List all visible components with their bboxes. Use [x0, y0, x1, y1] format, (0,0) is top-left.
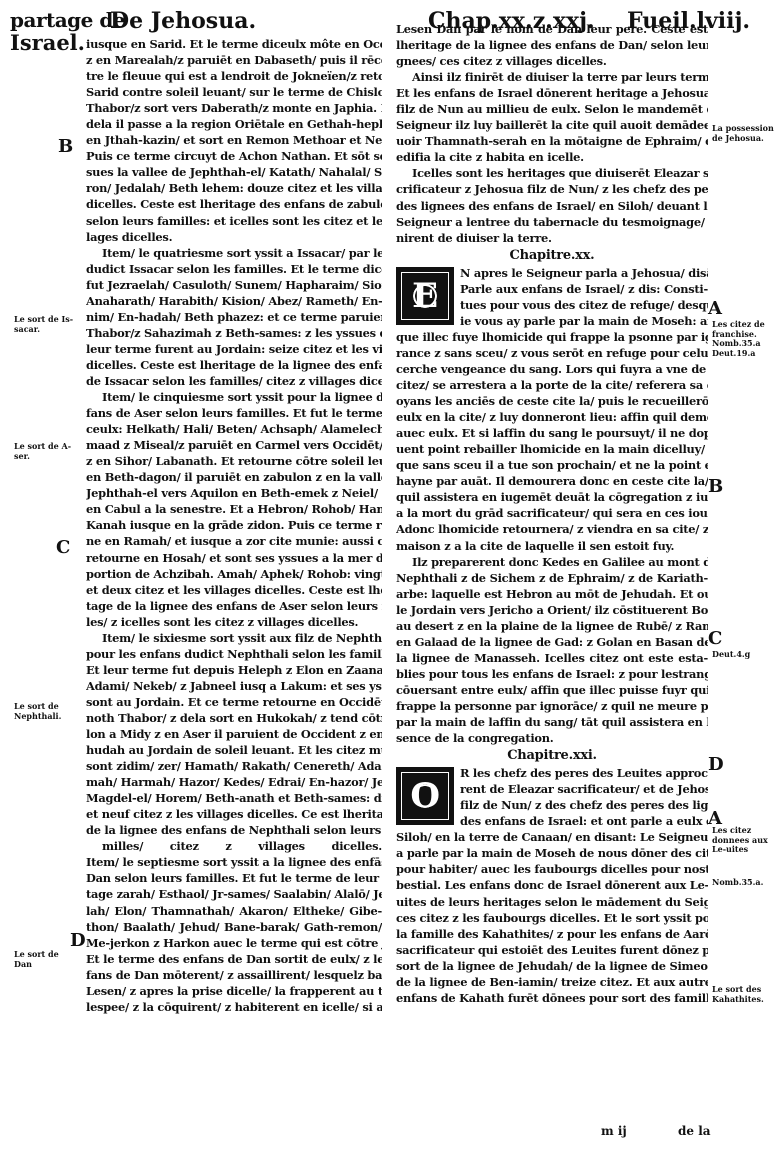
text-line: Dan selon leurs familles. Et fut le term…: [86, 870, 382, 886]
text-line: thon/ Baalath/ Jehud/ Bane-barak/ Gath-r…: [86, 919, 382, 935]
text-line: fut Jezraelah/ Casuloth/ Sunem/ Hapharai…: [86, 277, 382, 293]
chapter-21-heading: Chapitre.xxi.: [396, 748, 708, 764]
text-line: en Beth-dagon/ il paruiēt en zabulon z e…: [86, 469, 382, 485]
text-line: auec eulx. Et si laffin du sang le pours…: [396, 425, 708, 441]
text-line: lespee/ z la cōquirent/ z habiterent en …: [86, 999, 382, 1015]
margin-note-right: Les citez donnees aux Le-uites: [712, 826, 776, 855]
margin-note-right: Les citez de franchise. Nomb.35.a Deut.1…: [712, 320, 776, 358]
dropcap-lines: R les chefz des peres des Leuites approc…: [460, 765, 708, 829]
running-head-left: partage de: [10, 8, 125, 32]
text-line: et deux citez et les villages dicelles. …: [86, 582, 382, 598]
text-line: quil assistera en iugemēt deuāt la cōgre…: [396, 489, 708, 505]
text-line: z en Sihor/ Labanath. Et retourne cōtre …: [86, 453, 382, 469]
text-line: des enfans de Israel: et ont parle a eul…: [460, 813, 708, 829]
signature-mark: m ij: [601, 1124, 627, 1138]
text-line: pour les enfans dudict Nephthali selon l…: [86, 646, 382, 662]
text-line: gnees/ ces citez z villages dicelles.: [396, 53, 708, 69]
margin-note-right: Deut.4.g: [712, 650, 776, 660]
text-line: dicelles. Ceste est lheritage de la lign…: [86, 357, 382, 373]
text-line: fans de Dan mōterent/ z assaillirent/ le…: [86, 967, 382, 983]
text-line: dudict Issacar selon les familles. Et le…: [86, 261, 382, 277]
text-line: Item/ le septiesme sort yssit a la ligne…: [86, 854, 382, 870]
text-line: cōuersant entre eulx/ affin que illec pu…: [396, 682, 708, 698]
text-line: les/ z icelles sont les citez z villages…: [86, 614, 382, 630]
text-line: Item/ le quatriesme sort yssit a Issacar…: [86, 245, 382, 261]
text-line: oyans les anciēs de ceste cite la/ puis …: [396, 393, 708, 409]
text-line: Lesen Dan par le nom de Dan leur pere. C…: [396, 21, 708, 37]
book-title: De Jehosua.: [110, 8, 256, 34]
text-line: Seigneur ilz luy baillerēt la cite quil …: [396, 117, 708, 133]
text-line: et neuf citez z les villages dicelles. C…: [86, 806, 382, 822]
section-marker-letter: C: [708, 628, 722, 649]
text-line: frappe la personne par ignorāce/ z quil …: [396, 698, 708, 714]
text-line: nirent de diuiser la terre.: [396, 230, 708, 246]
text-line: enfans de Kahath furēt dōnees pour sort …: [396, 990, 708, 1006]
text-line: filz de Nun/ z des chefz des peres des l…: [460, 797, 708, 813]
text-line: fans de Aser selon leurs familles. Et fu…: [86, 405, 382, 421]
text-line: Kanah iusque en la grāde zidon. Puis ce …: [86, 517, 382, 533]
section-marker-letter: D: [708, 754, 724, 775]
text-line: blies pour tous les enfans de Israel: z …: [396, 666, 708, 682]
margin-note-left: Le sort de Is-sacar.: [14, 315, 78, 334]
text-line: en Galaad de la lignee de Gad: z Golan e…: [396, 634, 708, 650]
text-line: lon a Midy z en Aser il paruient de Occi…: [86, 726, 382, 742]
text-block-chapter-20: que illec fuye lhomicide qui frappe la p…: [396, 329, 708, 746]
text-line: Parle aux enfans de Israel/ z dis: Const…: [460, 281, 708, 297]
margin-note-right: Nomb.35.a.: [712, 878, 776, 888]
ornamental-dropcap-icon: O: [396, 767, 454, 825]
text-line: maad z Miseal/z paruiēt en Carmel vers O…: [86, 437, 382, 453]
margin-note-left: Le sort de Nephthali.: [14, 702, 78, 721]
text-line: Et le terme des enfans de Dan sortit de …: [86, 951, 382, 967]
text-line: Thabor/z sort vers Daberath/z monte en J…: [86, 100, 382, 116]
text-line: leur terme furent au Jordain: seize cite…: [86, 341, 382, 357]
text-line: R les chefz des peres des Leuites approc…: [460, 765, 708, 781]
text-line: Siloh/ en la terre de Canaan/ en disant:…: [396, 829, 708, 845]
text-line: Nephthali z de Sichem z de Ephraim/ z de…: [396, 570, 708, 586]
text-line: Seigneur a lentree du tabernacle du tesm…: [396, 214, 708, 230]
text-line: Me-jerkon z Harkon auec le terme qui est…: [86, 935, 382, 951]
text-line: Icelles sont les heritages que diuiserēt…: [396, 165, 708, 181]
text-line: sort de la lignee de Jehudah/ de la lign…: [396, 958, 708, 974]
text-line: Ainsi ilz finirēt de diuiser la terre pa…: [396, 69, 708, 85]
text-line: z en Marealah/z paruiēt en Dabaseth/ pui…: [86, 52, 382, 68]
chapter-20-opening: E N apres le Seigneur parla a Jehosua/ d…: [396, 265, 708, 329]
text-line: filz de Nun au millieu de eulx. Selon le…: [396, 101, 708, 117]
text-line: en Cabul a la senestre. Et a Hebron/ Roh…: [86, 501, 382, 517]
text-line: rance z sans sceu/ z vous serōt en refug…: [396, 345, 708, 361]
text-line: que illec fuye lhomicide qui frappe la p…: [396, 329, 708, 345]
text-line: Puis ce terme circuyt de Achon Nathan. E…: [86, 148, 382, 164]
text-line: N apres le Seigneur parla a Jehosua/ dis…: [460, 265, 708, 281]
text-block-end-chapter-19: Lesen Dan par le nom de Dan leur pere. C…: [396, 21, 708, 246]
text-line: sont zidim/ zer/ Hamath/ Rakath/ Ceneret…: [86, 758, 382, 774]
text-line: sacrificateur qui estoiēt des Leuites fu…: [396, 942, 708, 958]
text-line: ces citez z les faubourgs dicelles. Et l…: [396, 910, 708, 926]
text-line: ceulx: Helkath/ Hali/ Beten/ Achsaph/ Al…: [86, 421, 382, 437]
text-line: noth Thabor/ z dela sort en Hukokah/ z t…: [86, 710, 382, 726]
text-line: la famille des Kahathites/ z pour les en…: [396, 926, 708, 942]
text-line: des lignees des enfans de Israel/ en Sil…: [396, 198, 708, 214]
text-line: sont au Jordain. Et ce terme retourne en…: [86, 694, 382, 710]
text-line: mah/ Harmah/ Hazor/ Kedes/ Edrai/ En-haz…: [86, 774, 382, 790]
book-page: partage de Israel. De Jehosua. Chap.xx.z…: [0, 0, 784, 1152]
margin-note-left: Le sort de A-ser.: [14, 442, 78, 461]
text-line: tage zarah/ Esthaol/ Jr-sames/ Saalabin/…: [86, 886, 382, 902]
text-line: dela il passe a la region Oriētale en Ge…: [86, 116, 382, 132]
text-line: edifia la cite z habita en icelle.: [396, 149, 708, 165]
text-line: milles/ citez z villages dicelles.: [86, 838, 382, 854]
text-line: la lignee de Manasseh. Icelles citez ont…: [396, 650, 708, 666]
text-line: de Issacar selon les familles/ citez z v…: [86, 373, 382, 389]
chapter-21-opening: O R les chefz des peres des Leuites appr…: [396, 765, 708, 829]
right-text-column: Lesen Dan par le nom de Dan leur pere. C…: [396, 21, 708, 1006]
text-line: portion de Achzibah. Amah/ Aphek/ Rohob:…: [86, 566, 382, 582]
text-line: maison z a la cite de laquelle il sen es…: [396, 538, 708, 554]
text-line: arbe: laquelle est Hebron au mōt de Jehu…: [396, 586, 708, 602]
text-line: par la main de laffin du sang/ tāt quil …: [396, 714, 708, 730]
text-block-chapter-21: Siloh/ en la terre de Canaan/ en disant:…: [396, 829, 708, 1006]
section-marker-letter: B: [58, 136, 73, 157]
text-line: au desert z en la plaine de la lignee de…: [396, 618, 708, 634]
text-line: Jephthah-el vers Aquilon en Beth-emek z …: [86, 485, 382, 501]
ornamental-dropcap-icon: E: [396, 267, 454, 325]
text-line: eulx en la cite/ z luy donneront lieu: a…: [396, 409, 708, 425]
margin-note-right: Le sort des Kahathites.: [712, 985, 776, 1004]
text-line: bestial. Les enfans donc de Israel dōner…: [396, 877, 708, 893]
text-line: le Jordain vers Jericho a Orient/ ilz cō…: [396, 602, 708, 618]
text-line: tues pour vous des citez de refuge/ desq…: [460, 297, 708, 313]
section-marker-letter: C: [56, 537, 70, 558]
text-line: nim/ En-hadah/ Beth phazez: et ce terme …: [86, 309, 382, 325]
text-line: Et les enfans de Israel dōnerent heritag…: [396, 85, 708, 101]
text-line: sence de la congregation.: [396, 730, 708, 746]
text-line: Adonc lhomicide retournera/ z viendra en…: [396, 521, 708, 537]
text-line: ron/ Jedalah/ Beth lehem: douze citez et…: [86, 180, 382, 196]
text-line: lages dicelles.: [86, 229, 382, 245]
chapter-20-heading: Chapitre.xx.: [396, 248, 708, 264]
catchword: de la: [678, 1124, 711, 1138]
text-line: hayne par auāt. Il demourera donc en ces…: [396, 473, 708, 489]
text-line: hudah au Jordain de soleil leuant. Et le…: [86, 742, 382, 758]
text-line: rent de Eleazar sacrificateur/ et de Jeh…: [460, 781, 708, 797]
text-line: Item/ le sixiesme sort yssit aux filz de…: [86, 630, 382, 646]
text-line: de la lignee des enfans de Nephthali sel…: [86, 822, 382, 838]
text-line: en Jthah-kazin/ et sort en Remon Methoar…: [86, 132, 382, 148]
text-line: Magdel-el/ Horem/ Beth-anath et Beth-sam…: [86, 790, 382, 806]
text-line: lah/ Elon/ Thamnathah/ Akaron/ Eltheke/ …: [86, 903, 382, 919]
text-line: uent point rebailler lhomicide en la mai…: [396, 441, 708, 457]
text-line: Lesen/ z apres la prise dicelle/ la frap…: [86, 983, 382, 999]
text-line: Ilz preparerent donc Kedes en Galilee au…: [396, 554, 708, 570]
text-line: selon leurs familles: et icelles sont le…: [86, 213, 382, 229]
text-line: ie vous ay parle par la main de Moseh: a…: [460, 313, 708, 329]
dropcap-letter: E: [398, 269, 452, 323]
margin-note-left: Le sort de Dan: [14, 950, 78, 969]
text-line: citez/ se arrestera a la porte de la cit…: [396, 377, 708, 393]
text-line: retourne en Hosah/ et sont ses yssues a …: [86, 550, 382, 566]
text-line: iusque en Sarid. Et le terme diceulx môt…: [86, 36, 382, 52]
text-line: Item/ le cinquiesme sort yssit pour la l…: [86, 389, 382, 405]
text-line: ne en Ramah/ et iusque a zor cite munie:…: [86, 533, 382, 549]
section-marker-letter: B: [708, 476, 723, 497]
text-line: que sans sceu il a tue son prochain/ et …: [396, 457, 708, 473]
text-line: sues la vallee de Jephthah-el/ Katath/ N…: [86, 164, 382, 180]
dropcap-lines: N apres le Seigneur parla a Jehosua/ dis…: [460, 265, 708, 329]
text-line: Et leur terme fut depuis Heleph z Elon e…: [86, 662, 382, 678]
text-line: tre le fleuue qui est a lendroit de Jokn…: [86, 68, 382, 84]
text-line: uites de leurs heritages selon le mādeme…: [396, 894, 708, 910]
margin-note-right: La possession de Jehosua.: [712, 124, 776, 143]
section-marker-letter: D: [70, 930, 86, 951]
text-line: Sarid contre soleil leuant/ sur le terme…: [86, 84, 382, 100]
text-line: tage de la lignee des enfans de Aser sel…: [86, 598, 382, 614]
dropcap-letter: O: [398, 769, 452, 823]
text-line: Anaharath/ Harabith/ Kision/ Abez/ Ramet…: [86, 293, 382, 309]
running-head-left-line2: Israel.: [10, 30, 85, 55]
left-text-column: iusque en Sarid. Et le terme diceulx môt…: [86, 36, 382, 1015]
text-line: de la lignee de Ben-iamin/ treize citez.…: [396, 974, 708, 990]
text-line: Thabor/z Sahazimah z Beth-sames: z les y…: [86, 325, 382, 341]
text-line: a la mort du grād sacrificateur/ qui ser…: [396, 505, 708, 521]
section-marker-letter: A: [708, 298, 722, 319]
section-marker-letter: A: [708, 808, 722, 829]
text-line: uoir Thamnath-serah en la mōtaigne de Ep…: [396, 133, 708, 149]
text-line: dicelles. Ceste est lheritage des enfans…: [86, 196, 382, 212]
text-line: Adami/ Nekeb/ z Jabneel iusq a Lakum: et…: [86, 678, 382, 694]
text-line: pour habiter/ auec les faubourgs dicelle…: [396, 861, 708, 877]
text-line: lheritage de la lignee des enfans de Dan…: [396, 37, 708, 53]
text-line: a parle par la main de Moseh de nous dōn…: [396, 845, 708, 861]
text-line: cerche vengeance du sang. Lors qui fuyra…: [396, 361, 708, 377]
text-line: crificateur z Jehosua filz de Nun/ z les…: [396, 181, 708, 197]
